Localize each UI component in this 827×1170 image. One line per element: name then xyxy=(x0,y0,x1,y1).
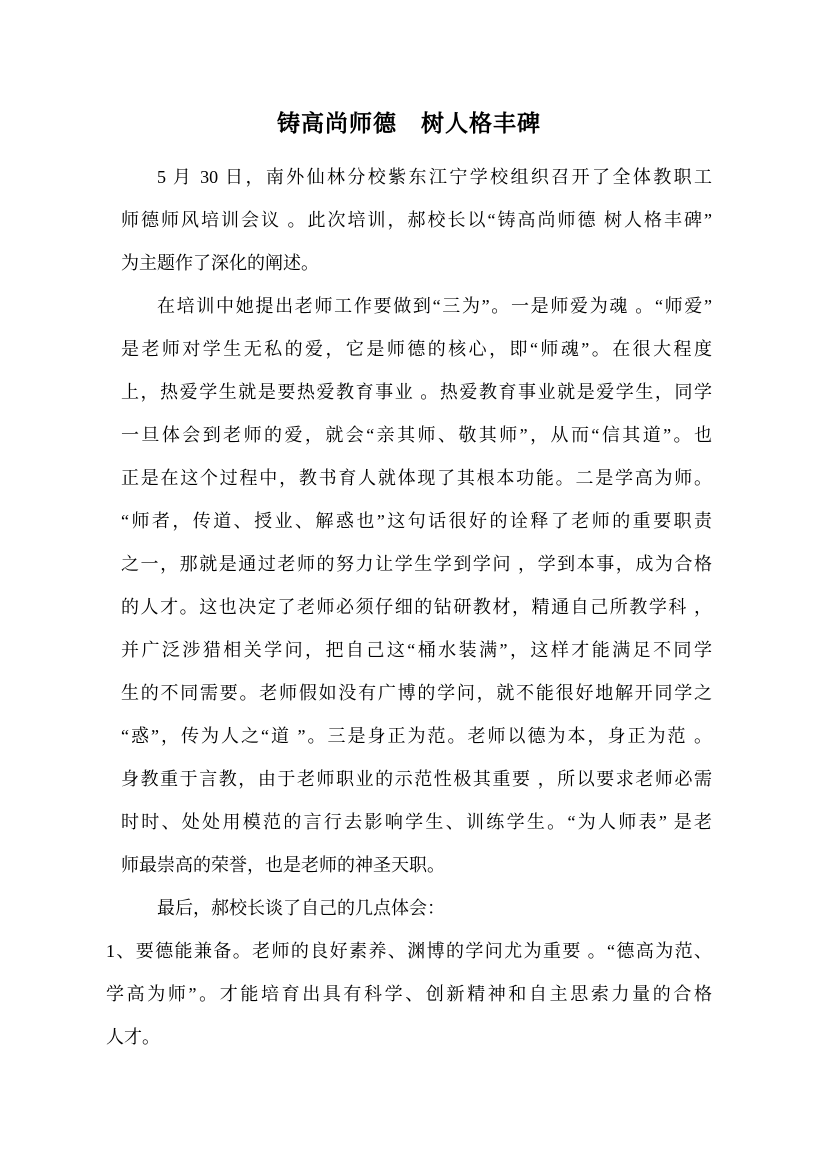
document-title: 铸高尚师德 树人格丰碑 xyxy=(106,101,712,146)
document-content: 铸高尚师德 树人格丰碑 5 月 30 日，南外仙林分校紫东江宁学校组织召开了全体… xyxy=(106,101,712,1059)
paragraph: 5 月 30 日，南外仙林分校紫东江宁学校组织召开了全体教职工师德师风培训会议 … xyxy=(121,156,712,285)
text-line: “师者，传道、授业、解惑也”这句话很好的诠释了老师的重要职责 xyxy=(121,500,712,543)
text-line: 正是在这个过程中，教书育人就体现了其根本功能。二是学高为师。 xyxy=(121,457,712,500)
text-line: 学高为师”。才能培育出具有科学、创新精神和自主思索力量的合格 xyxy=(106,973,712,1016)
text-line: 师德师风培训会议 。此次培训，郝校长以“铸高尚师德 树人格丰碑” xyxy=(121,199,712,242)
document-page: 铸高尚师德 树人格丰碑 5 月 30 日，南外仙林分校紫东江宁学校组织召开了全体… xyxy=(0,0,827,1170)
paragraph: 最后，郝校长谈了自己的几点体会： xyxy=(121,887,712,930)
text-line: 师最崇高的荣誉，也是老师的神圣天职。 xyxy=(121,844,712,887)
text-line: 是老师对学生无私的爱，它是师德的核心，即“师魂”。在很大程度 xyxy=(121,328,712,371)
text-line: “惑”，传为人之“道 ”。三是身正为范。老师以德为本，身正为范 。 xyxy=(121,715,712,758)
text-line: 之一，那就是通过老师的努力让学生学到学问 ，学到本事，成为合格 xyxy=(121,543,712,586)
paragraph: 1、要德能兼备。老师的良好素养、渊博的学问尤为重要 。“德高为范、学高为师”。才… xyxy=(106,930,712,1059)
text-line: 1、要德能兼备。老师的良好素养、渊博的学问尤为重要 。“德高为范、 xyxy=(106,930,712,973)
text-line: 时时、处处用模范的言行去影响学生、训练学生。“为人师表” 是老 xyxy=(121,801,712,844)
text-line: 5 月 30 日，南外仙林分校紫东江宁学校组织召开了全体教职工 xyxy=(121,156,712,199)
paragraph: 在培训中她提出老师工作要做到“三为”。一是师爱为魂 。“师爱”是老师对学生无私的… xyxy=(121,285,712,887)
text-line: 并广泛涉猎相关学问，把自己这“桶水装满”，这样才能满足不同学 xyxy=(121,629,712,672)
text-line: 在培训中她提出老师工作要做到“三为”。一是师爱为魂 。“师爱” xyxy=(121,285,712,328)
document-body: 5 月 30 日，南外仙林分校紫东江宁学校组织召开了全体教职工师德师风培训会议 … xyxy=(106,156,712,1059)
text-line: 最后，郝校长谈了自己的几点体会： xyxy=(121,887,712,930)
text-line: 一旦体会到老师的爱，就会“亲其师、敬其师”，从而“信其道”。也 xyxy=(121,414,712,457)
text-line: 上，热爱学生就是要热爱教育事业 。热爱教育事业就是爱学生，同学 xyxy=(121,371,712,414)
text-line: 人才。 xyxy=(106,1016,712,1059)
text-line: 的人才。这也决定了老师必须仔细的钻研教材，精通自己所教学科 ， xyxy=(121,586,712,629)
text-line: 生的不同需要。老师假如没有广博的学问，就不能很好地解开同学之 xyxy=(121,672,712,715)
text-line: 身教重于言教，由于老师职业的示范性极其重要 ，所以要求老师必需 xyxy=(121,758,712,801)
text-line: 为主题作了深化的阐述。 xyxy=(121,242,712,285)
